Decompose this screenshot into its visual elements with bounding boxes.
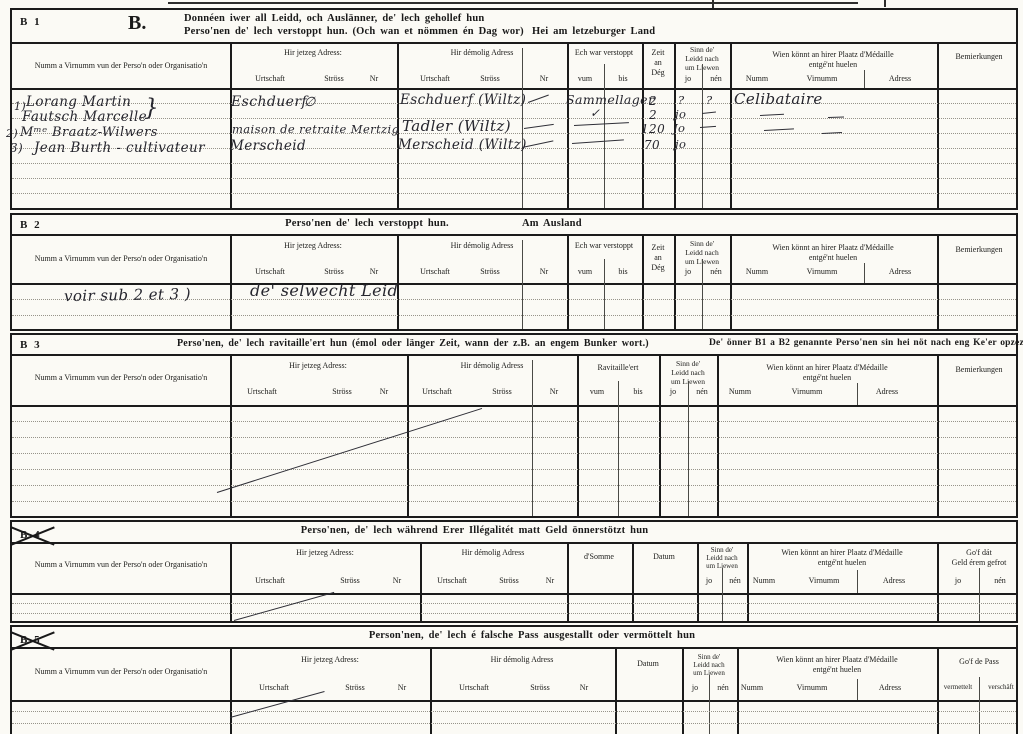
jo-label: jo: [685, 74, 691, 84]
verstoppt-label: Ech war verstoppt: [575, 48, 633, 58]
wien-label: Wien könnt an hirer Plaatz d'Médaille: [781, 548, 902, 558]
column-rule: [659, 354, 661, 516]
column-rule: [430, 647, 432, 734]
band-rule: [10, 647, 1018, 649]
urtschaft-label: Urtschaft: [422, 387, 452, 397]
wien-label: entgé'nt huelen: [818, 558, 866, 568]
row-rule: [12, 178, 1016, 179]
demolig-adress-label: Hir démolig Adress: [461, 361, 524, 371]
section-b3-title: Perso'nen, de' lech ravitaille'ert hun (…: [177, 338, 649, 349]
jetzeg-adress-label: Hir jetzeg Adress:: [284, 241, 342, 251]
stross-label: Ströss: [324, 74, 344, 84]
sinn-label: Leidd nach: [685, 248, 719, 257]
nen-label: nén: [710, 74, 722, 84]
section-b1: B 1 B. Donnéen iwer all Leidd, och Auslä…: [10, 8, 1018, 210]
section-b1-title-line2: Perso'nen de' lech verstoppt hun. (Och w…: [184, 26, 524, 37]
urtschaft-label: Urtschaft: [437, 576, 467, 586]
hw-dash-mark: [572, 139, 624, 144]
somme-label: d'Somme: [584, 552, 614, 562]
hw-stross-mark: ∅: [304, 95, 316, 110]
jo-label: jo: [670, 387, 676, 397]
stross-label: Ströss: [499, 576, 519, 586]
hw-dash-mark: [574, 122, 629, 126]
column-rule: [567, 42, 569, 208]
section-b3-title-note: De' önner B1 a B2 genannte Perso'nen sin…: [709, 338, 1023, 348]
gof-geld-label: Go'f dát: [966, 548, 992, 558]
section-b2-title: Perso'nen de' lech verstoppt hun.: [202, 218, 532, 229]
demolig-adress-label: Hir démolig Adress: [491, 655, 554, 665]
hw-dash-mark: [528, 95, 549, 103]
band-rule: [10, 542, 1018, 544]
row-rule: [12, 723, 1016, 724]
name-column-label: Numm a Virnumm vun der Perso'n oder Orga…: [35, 373, 208, 383]
datum-label: Datum: [637, 659, 659, 669]
adress-label: Adress: [889, 267, 911, 277]
column-rule: [407, 354, 409, 516]
hw-days-count: 70: [644, 138, 660, 152]
column-rule: [937, 354, 939, 516]
row-rule: [12, 315, 1016, 316]
section-b3-label: B 3: [20, 339, 42, 351]
hw-current-address: maison de retraite Mertzig: [232, 122, 399, 136]
column-rule: [697, 542, 699, 621]
adress-label: Adress: [883, 576, 905, 586]
stross-label: Ströss: [324, 267, 344, 277]
sinn-label: Sinn de': [690, 239, 714, 248]
section-b5-label-crossed: B 5: [20, 634, 42, 646]
sinn-label: Leidd nach: [685, 54, 719, 63]
row-rule: [12, 711, 1016, 712]
stross-label: Ströss: [332, 387, 352, 397]
virnumm-label: Virnumm: [807, 74, 838, 84]
hw-note: de' selwecht Leid: [250, 281, 398, 300]
column-rule: [577, 354, 579, 516]
strike-line: [234, 592, 334, 621]
subcolumn-rule: [604, 64, 605, 208]
urtschaft-label: Urtschaft: [259, 683, 289, 693]
name-column-label: Numm a Virnumm vun der Perso'n oder Orga…: [35, 61, 208, 71]
scan-edge-tick: [712, 0, 714, 8]
zeit-label: Dég: [651, 68, 664, 78]
nr-label: Nr: [540, 267, 548, 277]
hw-alive-jo: ?: [678, 93, 685, 107]
column-rule: [737, 647, 739, 734]
urtschaft-label: Urtschaft: [255, 74, 285, 84]
jo-label: jo: [955, 576, 961, 586]
nen-label: nén: [696, 387, 708, 397]
row-rule: [12, 501, 1016, 502]
row-rule: [12, 603, 1016, 604]
nr-label: Nr: [370, 267, 378, 277]
column-rule: [230, 354, 232, 516]
zeit-label: an: [654, 253, 662, 263]
band-rule: [10, 42, 1018, 44]
subcolumn-rule: [702, 259, 703, 329]
column-rule: [937, 42, 939, 208]
column-rule: [230, 542, 232, 621]
scan-edge-tick: [884, 0, 886, 7]
zeit-label: Zeit: [652, 48, 665, 58]
name-column-label: Numm a Virnumm vun der Perso'n oder Orga…: [35, 667, 208, 677]
hw-alive-jo: jo: [675, 137, 686, 151]
section-b1-label: B 1: [20, 16, 42, 28]
numm-label: Numm: [746, 74, 768, 84]
bis-label: bis: [633, 387, 642, 397]
band-rule: [10, 234, 1018, 236]
section-b4-label-crossed: B 4: [20, 529, 42, 541]
demolig-adress-label: Hir démolig Adress: [451, 241, 514, 251]
nr-label: Nr: [380, 387, 388, 397]
hw-alive-jo: Jo: [673, 121, 685, 135]
urtschaft-label: Urtschaft: [459, 683, 489, 693]
subcolumn-rule: [857, 570, 858, 593]
column-rule: [615, 647, 617, 734]
hw-alive-jo: jo: [675, 107, 686, 121]
verstoppt-label: Ech war verstoppt: [575, 241, 633, 251]
row-rule: [12, 421, 1016, 422]
stross-label: Ströss: [530, 683, 550, 693]
section-b4: B 4 Perso'nen, de' lech während Erer Ill…: [10, 520, 1018, 623]
adress-label: Adress: [889, 74, 911, 84]
scanned-form-page: B 1 B. Donnéen iwer all Leidd, och Auslä…: [0, 0, 1023, 734]
row-rule: [12, 118, 1016, 119]
nr-label: Nr: [540, 74, 548, 84]
gof-geld-label: Geld érem gefrot: [952, 558, 1007, 568]
colhead-rule: [10, 593, 1018, 595]
band-rule: [10, 354, 1018, 356]
stross-label: Ströss: [480, 267, 500, 277]
stross-label: Ströss: [480, 74, 500, 84]
hw-current-address: Eschduerf: [231, 94, 307, 110]
zeit-label: Zeit: [652, 243, 665, 253]
column-rule: [937, 647, 939, 734]
column-rule: [717, 354, 719, 516]
colhead-rule: [10, 405, 1018, 407]
wien-label: entgé'nt huelen: [809, 60, 857, 70]
row-rule: [12, 437, 1016, 438]
hw-days-count: 2: [649, 94, 657, 108]
hw-dash-mark: [760, 114, 784, 116]
section-b1-title-country: Hei am letzeburger Land: [532, 26, 655, 37]
column-rule: [420, 542, 422, 621]
subcolumn-rule: [688, 381, 689, 516]
hw-former-address: Tadler (Wiltz): [402, 117, 511, 135]
section-b2-title-abroad: Am Ausland: [522, 218, 582, 229]
row-rule: [12, 163, 1016, 164]
demolig-adress-label: Hir démolig Adress: [462, 548, 525, 558]
wien-label: Wien könnt an hirer Plaatz d'Médaille: [772, 50, 893, 60]
section-b3: B 3 Perso'nen, de' lech ravitaille'ert h…: [10, 333, 1018, 518]
nr-label: Nr: [580, 683, 588, 693]
subcolumn-rule: [709, 675, 710, 734]
section-b5: B 5 Person'nen, de' lech é falsche Pass …: [10, 625, 1018, 734]
section-b1-title-line1: Donnéen iwer all Leidd, och Auslänner, d…: [184, 13, 484, 24]
virnumm-label: Virnumm: [797, 683, 828, 693]
row-rule: [12, 453, 1016, 454]
row-rule: [12, 485, 1016, 486]
colhead-rule: [10, 700, 1018, 702]
section-b2: B 2 Perso'nen de' lech verstoppt hun. Am…: [10, 213, 1018, 331]
hw-days-count: 120: [641, 122, 665, 136]
wien-label: entgé'nt huelen: [803, 373, 851, 383]
nr-label: Nr: [546, 576, 554, 586]
sinn-label: Sinn de': [676, 359, 700, 368]
bemierkungen-label: Bemierkungen: [955, 245, 1002, 255]
strike-line: [230, 691, 325, 718]
urtschaft-label: Urtschaft: [247, 387, 277, 397]
jo-label: jo: [685, 267, 691, 277]
virnumm-label: Virnumm: [792, 387, 823, 397]
verschaft-label: verschäft: [988, 683, 1014, 691]
zeit-label: an: [654, 58, 662, 68]
stross-label: Ströss: [340, 576, 360, 586]
datum-label: Datum: [653, 552, 675, 562]
numm-label: Numm: [741, 683, 763, 693]
urtschaft-label: Urtschaft: [255, 267, 285, 277]
bis-label: bis: [618, 74, 627, 84]
wien-label: entgé'nt huelen: [809, 253, 857, 263]
jetzeg-adress-label: Hir jetzeg Adress:: [284, 48, 342, 58]
adress-label: Adress: [876, 387, 898, 397]
hw-name: Fautsch Marcelle: [22, 109, 147, 125]
scan-edge-line: [168, 2, 858, 4]
row-rule: [12, 613, 1016, 614]
nr-label: Nr: [393, 576, 401, 586]
jetzeg-adress-label: Hir jetzeg Adress:: [296, 548, 354, 558]
hw-former-address: Eschduerf (Wiltz): [400, 92, 526, 108]
vum-label: vum: [590, 387, 604, 397]
column-rule: [730, 42, 732, 208]
bis-label: bis: [618, 267, 627, 277]
subcolumn-rule: [618, 381, 619, 516]
subcolumn-rule: [702, 64, 703, 208]
name-column-label: Numm a Virnumm vun der Perso'n oder Orga…: [35, 560, 208, 570]
row-rule: [12, 469, 1016, 470]
column-rule: [937, 542, 939, 621]
hw-dash-mark: [702, 112, 716, 114]
gof-pass-label: Go'f de Pass: [959, 657, 999, 667]
row-rule: [12, 193, 1016, 194]
nr-label: Nr: [370, 74, 378, 84]
hw-dash-mark: [764, 128, 794, 131]
hw-check-mark: ✓: [590, 106, 600, 120]
hw-entry-number: 3): [10, 141, 23, 155]
wien-label: Wien könnt an hirer Plaatz d'Médaille: [766, 363, 887, 373]
urtschaft-label: Urtschaft: [420, 74, 450, 84]
subcolumn-rule: [864, 70, 865, 88]
column-rule: [682, 647, 684, 734]
wien-label: Wien könnt an hirer Plaatz d'Médaille: [772, 243, 893, 253]
hw-days-count: 2: [649, 108, 657, 122]
nen-label: nén: [729, 576, 741, 586]
hw-name: Jean Burth - cultivateur: [34, 140, 205, 156]
column-rule: [230, 647, 232, 734]
row-rule: [12, 133, 1016, 134]
nen-label: nén: [710, 267, 722, 277]
hw-former-address: Merscheid (Wiltz): [398, 137, 527, 153]
section-b2-label: B 2: [20, 219, 42, 231]
subcolumn-rule: [864, 263, 865, 283]
vum-label: vum: [578, 267, 592, 277]
colhead-rule: [10, 88, 1018, 90]
virnumm-label: Virnumm: [807, 267, 838, 277]
urtschaft-label: Urtschaft: [255, 576, 285, 586]
sinn-label: Leidd nach: [671, 368, 705, 377]
nen-label: nén: [717, 683, 729, 693]
hw-current-address: Merscheid: [230, 138, 306, 154]
subcolumn-rule: [522, 48, 523, 208]
adress-label: Adress: [879, 683, 901, 693]
hw-alive-nen: ?: [706, 93, 713, 107]
jo-label: jo: [692, 683, 698, 693]
hw-dash-mark: [524, 124, 554, 129]
numm-label: Numm: [746, 267, 768, 277]
hw-hidden-place: Sammellager: [566, 92, 654, 107]
hw-name: Lorang Martin: [26, 94, 131, 110]
subcolumn-rule: [979, 677, 980, 734]
sinn-label: Sinn de': [690, 45, 714, 54]
stross-label: Ströss: [345, 683, 365, 693]
section-b5-title: Person'nen, de' lech é falsche Pass ausg…: [212, 630, 852, 641]
name-column-label: Numm a Virnumm vun der Perso'n oder Orga…: [35, 254, 208, 264]
wien-label: entgé'nt huelen: [813, 665, 861, 675]
nr-label: Nr: [550, 387, 558, 397]
subcolumn-rule: [532, 360, 533, 516]
numm-label: Numm: [753, 576, 775, 586]
subcolumn-rule: [604, 259, 605, 329]
column-rule: [747, 542, 749, 621]
bemierkungen-label: Bemierkungen: [955, 52, 1002, 62]
stross-label: Ströss: [492, 387, 512, 397]
subcolumn-rule: [857, 679, 858, 700]
hw-dash-mark: [700, 126, 716, 128]
nr-label: Nr: [398, 683, 406, 693]
vum-label: vum: [578, 74, 592, 84]
bemierkungen-label: Bemierkungen: [955, 365, 1002, 375]
jo-label: jo: [706, 576, 712, 586]
section-b1-big-letter: B.: [128, 12, 146, 35]
numm-label: Numm: [729, 387, 751, 397]
vermettelt-label: vermettelt: [944, 683, 972, 691]
column-rule: [632, 542, 634, 621]
zeit-label: Dég: [651, 263, 664, 273]
urtschaft-label: Urtschaft: [420, 267, 450, 277]
hw-name: Mᵐᵉ Braatz-Wilwers: [20, 125, 158, 140]
subcolumn-rule: [857, 383, 858, 405]
ravitaille-label: Ravitaille'ert: [598, 363, 639, 373]
section-b4-title: Perso'nen, de' lech während Erer Illégal…: [187, 525, 762, 536]
hw-brace: }: [144, 95, 159, 121]
demolig-adress-label: Hir démolig Adress: [451, 48, 514, 58]
wien-label: Wien könnt an hirer Plaatz d'Médaille: [776, 655, 897, 665]
hw-note: voir sub 2 et 3 ): [64, 285, 191, 305]
column-rule: [567, 542, 569, 621]
virnumm-label: Virnumm: [809, 576, 840, 586]
jetzeg-adress-label: Hir jetzeg Adress:: [289, 361, 347, 371]
hw-entry-number: 2): [6, 127, 18, 140]
nen-label: nén: [994, 576, 1006, 586]
jetzeg-adress-label: Hir jetzeg Adress:: [301, 655, 359, 665]
hw-medal-recipient: Celibataire: [734, 90, 823, 108]
